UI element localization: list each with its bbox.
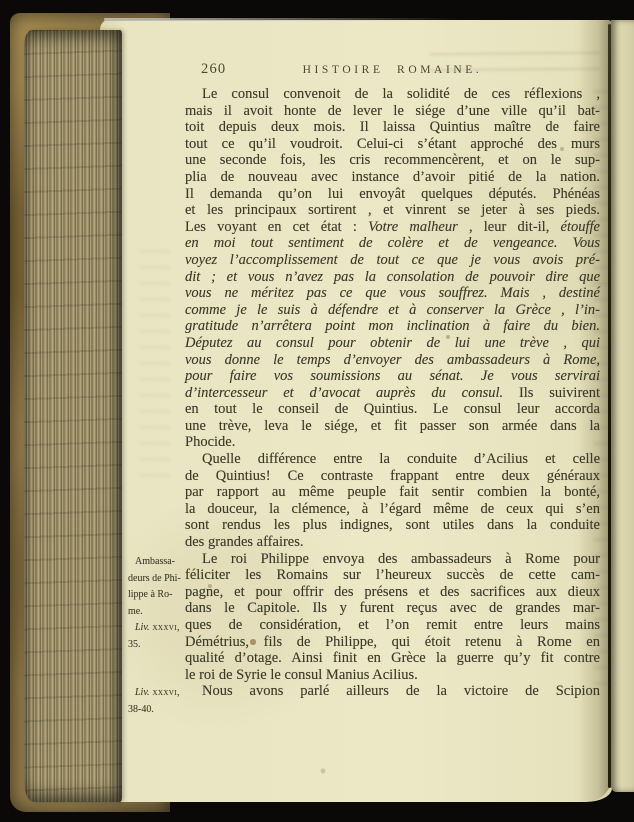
text-line: en moi tout sentiment de colère et de ve… [185,235,600,252]
text-line: mais il avoit honte de lever le siége d’… [185,103,600,120]
text-segment: et les principaux sortirent , et vinrent… [185,202,600,218]
text-segment: Il demanda qu’on lui envoyât quelques dé… [185,186,600,202]
text-segment: Le consul convenoit de la solidité de ce… [202,86,600,102]
text-segment: mais il avoit honte de lever le siége d’… [185,103,600,119]
text-line: gratitude n’arrêtera point mon inclinati… [185,318,600,335]
text-segment: Phocide. [185,434,235,450]
text-segment: Démétrius, fils de Philippe, qui étoit r… [185,634,600,650]
text-segment: dans le Capitole. Ils y furent reçus ave… [185,600,600,616]
text-line: Quelle différence entre la conduite d’Ac… [185,451,600,468]
text-line: des grandes affaires. [185,534,600,551]
smallcaps-text: xxxvi, [150,687,180,698]
text-segment: 35. [128,639,141,650]
text-line: tout ce qu’il voudroit. Celui-ci s’étant… [185,136,600,153]
text-line: Phocide. [185,434,600,451]
foxing-specks [0,0,2,2]
italic-text: d’intercesseur et d’avocat auprès du con… [185,385,503,401]
text-segment: toit depuis deux mois. Il laissa Quintiu… [185,119,600,135]
text-segment: une trève, leva le siége, et fit passer … [185,418,600,434]
text-line: toit depuis deux mois. Il laissa Quintiu… [185,119,600,136]
text-line: plia de nouveau avec instance d’avoir pi… [185,169,600,186]
text-line: 38-40. [128,704,186,721]
smallcaps-text: xxxvi, [150,622,180,633]
text-line: deurs de Phi- [128,573,186,590]
italic-text: Liv. [135,622,150,633]
text-segment: Ils suivirent [503,385,600,401]
text-segment: ques de considération, et l’on remit ent… [185,617,600,633]
text-line: Les voyant en cet état : Votre malheur ,… [185,219,600,236]
italic-text: dit ; et vous n’avez pas la consolation … [185,269,600,285]
text-line: une seconde fois, les cris recommencèren… [185,152,600,169]
italic-text: Votre malheur [368,219,458,235]
text-segment: Nous avons parlé ailleurs de la victoire… [202,683,600,699]
facing-page-sliver [611,20,634,792]
text-line: en tout le conseil de Quintius. Le consu… [185,401,600,418]
italic-text: voyez l’accomplissement de tout ce que j… [185,252,600,268]
text-segment: par rapport au même peuple fait sentir c… [185,484,600,500]
paragraph: Le consul convenoit de la solidité de ce… [185,86,600,451]
text-segment: le roi de Syrie le consul Manius Acilius… [185,667,418,683]
text-segment: 38-40. [128,704,154,715]
text-line: Liv. xxxvi, [128,622,186,639]
text-line: ques de considération, et l’on remit ent… [185,617,600,634]
text-segment: Le roi Philippe envoya des ambassadeurs … [202,551,600,567]
text-line: comme je le suis à défendre et à conserv… [185,302,600,319]
text-line: Députez au consul pour obtenir de lui un… [185,335,600,352]
italic-text: vous donne le temps d’envoyer des ambass… [185,352,600,368]
text-segment: tout ce qu’il voudroit. Celui-ci s’étant… [185,136,600,152]
text-line: le roi de Syrie le consul Manius Acilius… [185,667,600,684]
text-segment: Les voyant en cet état : [185,219,368,235]
running-title: HISTOIRE ROMAINE. [185,64,600,76]
text-line: Le roi Philippe envoya des ambassadeurs … [185,551,600,568]
text-line: qualité d’otage. Ainsi finit en Grèce la… [185,650,600,667]
text-line: Nous avons parlé ailleurs de la victoire… [185,683,600,700]
text-segment: , leur dit-il, [458,219,561,235]
text-line: pagne, et pour offrir des présens et des… [185,584,600,601]
text-line: Le consul convenoit de la solidité de ce… [185,86,600,103]
text-segment: Ambassa- [135,556,175,567]
paragraph: Quelle différence entre la conduite d’Ac… [185,451,600,551]
text-line: pour faire vos soumissions au sénat. Je … [185,368,600,385]
text-line: 35. [128,639,186,656]
text-segment: Quelle différence entre la conduite d’Ac… [202,451,600,467]
italic-text: vous ne méritez pas ce que vous souffrez… [185,285,600,301]
italic-text: comme je le suis à défendre et à conserv… [185,302,600,318]
text-line: Ambassa- [128,556,186,573]
text-line: et les principaux sortirent , et vinrent… [185,202,600,219]
text-segment: de Quintius! Ce contraste frappant entre… [185,468,600,484]
text-line: Démétrius, fils de Philippe, qui étoit r… [185,634,600,651]
text-segment: des grandes affaires. [185,534,304,550]
italic-text: en moi tout sentiment de colère et de ve… [185,235,600,251]
text-segment: sont rendus les plus indignes, sont util… [185,517,600,533]
text-segment: me. [128,606,143,617]
text-line: dit ; et vous n’avez pas la consolation … [185,269,600,286]
text-line: me. [128,606,186,623]
page-edges-stack [24,30,122,802]
text-line: Il demanda qu’on lui envoyât quelques dé… [185,186,600,203]
italic-text: Députez au consul pour obtenir de lui un… [185,335,600,351]
text-segment: deurs de Phi- [128,573,181,584]
text-line: féliciter les Romains sur l’heureux succ… [185,567,600,584]
text-line: dans le Capitole. Ils y furent reçus ave… [185,600,600,617]
text-line: sont rendus les plus indignes, sont util… [185,517,600,534]
book-scan: 260 HISTOIRE ROMAINE. Le consul convenoi… [0,0,634,822]
margin-note-ambassadeurs: Ambassa-deurs de Phi-lippe à Ro-me.Liv. … [128,556,186,656]
body-text: Le consul convenoit de la solidité de ce… [185,86,600,700]
text-line: vous donne le temps d’envoyer des ambass… [185,352,600,369]
text-segment: plia de nouveau avec instance d’avoir pi… [185,169,600,185]
page-header: 260 HISTOIRE ROMAINE. [185,61,600,81]
text-segment: en tout le conseil de Quintius. Le consu… [185,401,600,417]
text-line: par rapport au même peuple fait sentir c… [185,484,600,501]
text-segment: lippe à Ro- [128,589,172,600]
italic-text: pour faire vos soumissions au sénat. Je … [185,368,600,384]
text-line: voyez l’accomplissement de tout ce que j… [185,252,600,269]
paragraph: Nous avons parlé ailleurs de la victoire… [185,683,600,700]
italic-text: gratitude n’arrêtera point mon inclinati… [185,318,600,334]
italic-text: étouffe [561,219,600,235]
text-line: la douceur, la clémence, à l’égard même … [185,501,600,518]
text-line: lippe à Ro- [128,589,186,606]
text-line: vous ne méritez pas ce que vous souffrez… [185,285,600,302]
text-line: Liv. xxxvi, [128,687,186,704]
text-segment: pagne, et pour offrir des présens et des… [185,584,600,600]
text-line: une trève, leva le siége, et fit passer … [185,418,600,435]
text-segment: qualité d’otage. Ainsi finit en Grèce la… [185,650,600,666]
text-segment: la douceur, la clémence, à l’égard même … [185,501,600,517]
text-line: de Quintius! Ce contraste frappant entre… [185,468,600,485]
paragraph: Le roi Philippe envoya des ambassadeurs … [185,551,600,684]
text-line: d’intercesseur et d’avocat auprès du con… [185,385,600,402]
text-segment: féliciter les Romains sur l’heureux succ… [185,567,600,583]
text-segment: une seconde fois, les cris recommencèren… [185,152,600,168]
margin-note-reference: Liv. xxxvi,38-40. [128,687,186,720]
italic-text: Liv. [135,687,150,698]
